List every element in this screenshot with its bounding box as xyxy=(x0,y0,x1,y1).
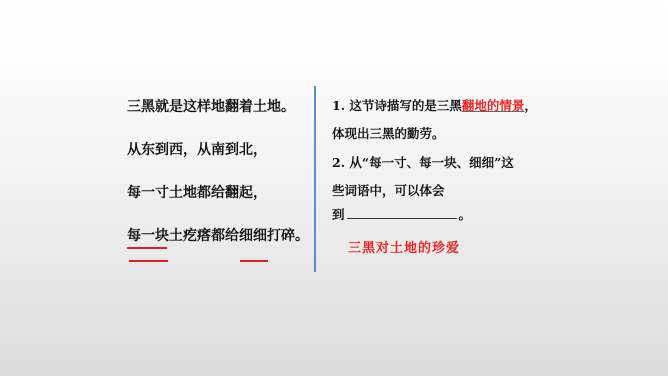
question-1-prefix: 1. 这节诗描写的是三黑 xyxy=(332,98,462,113)
question-1-suffix: ， xyxy=(524,98,537,113)
answer-blank xyxy=(347,208,457,219)
question-1-answer: 翻地的情景 xyxy=(462,98,525,113)
red-blank-line-left xyxy=(129,260,168,262)
question-2-line-1: 2. 从“每一寸、每一块、细细”这 xyxy=(332,153,514,171)
red-blank-line-right xyxy=(240,260,268,262)
poem-line-3: 每一寸土地都给翻起， xyxy=(127,182,267,202)
question-2-line-3-suffix: 。 xyxy=(459,207,472,222)
red-underline-mei-yi-kuai xyxy=(127,247,167,249)
poem-line-2: 从东到西，从南到北， xyxy=(127,139,267,159)
question-1-line-2: 体现出三黑的勤劳。 xyxy=(332,124,445,142)
poem-line-1: 三黑就是这样地翻着土地。 xyxy=(127,96,295,116)
question-2-answer: 三黑对土地的珍爱 xyxy=(348,237,460,256)
question-1-line-1: 1. 这节诗描写的是三黑翻地的情景， xyxy=(332,96,537,114)
poem-line-4: 每一块土疙瘩都给细细打碎。 xyxy=(127,225,309,245)
question-2-line-3: 到。 xyxy=(332,205,471,223)
question-2-line-3-prefix: 到 xyxy=(332,207,345,222)
vertical-divider xyxy=(314,86,316,272)
question-2-line-2: 些词语中，可以体会 xyxy=(332,181,445,199)
